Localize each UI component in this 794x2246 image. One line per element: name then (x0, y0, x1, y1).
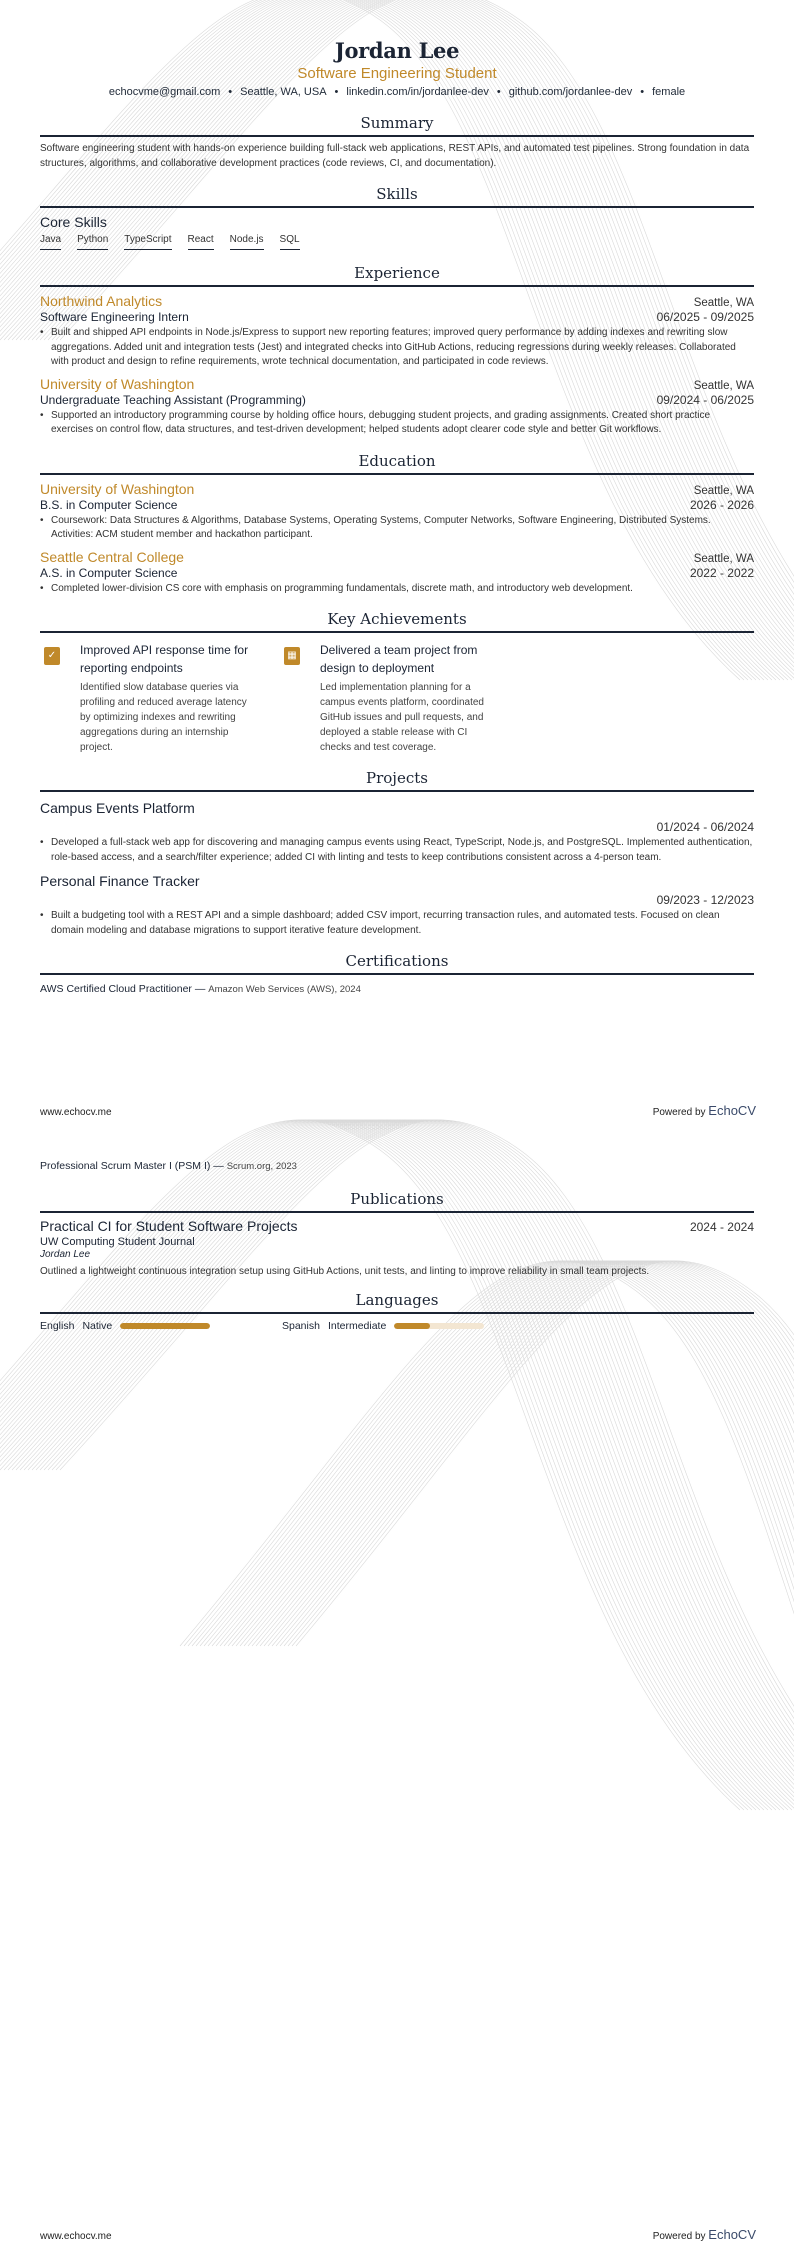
education-dates: 2022 - 2022 (690, 566, 754, 580)
experience-entry: Northwind AnalyticsSeattle, WA Software … (40, 287, 754, 370)
skill-item: Java (40, 234, 61, 250)
education-bullet: Completed lower-division CS core with em… (50, 582, 754, 597)
certification-issuer: Amazon Web Services (AWS), 2024 (208, 984, 361, 995)
certification-issuer: Scrum.org, 2023 (227, 1161, 297, 1172)
job-title: Undergraduate Teaching Assistant (Progra… (40, 393, 306, 407)
education-entry: Seattle Central CollegeSeattle, WA A.S. … (40, 543, 754, 597)
achievement-title: Improved API response time for reporting… (80, 641, 260, 677)
summary-text: Software engineering student with hands-… (40, 141, 754, 171)
powered-by-label: Powered by (653, 2231, 706, 2242)
section-title-publications: Publications (40, 1190, 754, 1213)
employer-location: Seattle, WA (694, 380, 754, 392)
languages-list: English Native Spanish Intermediate (40, 1320, 754, 1332)
degree: B.S. in Computer Science (40, 498, 177, 512)
publication-journal: UW Computing Student Journal (40, 1236, 754, 1248)
skills-group-title: Core Skills (40, 214, 754, 230)
achievements-grid: ✓ Improved API response time for reporti… (40, 641, 754, 755)
resume-page-2: Professional Scrum Master I (PSM I) — Sc… (0, 1124, 794, 2246)
achievement-item: ▦ Delivered a team project from design t… (280, 641, 500, 755)
section-title-projects: Projects (40, 769, 754, 792)
education-entry: University of WashingtonSeattle, WA B.S.… (40, 475, 754, 543)
school-location: Seattle, WA (694, 553, 754, 565)
skill-item: Python (77, 234, 108, 250)
language-proficiency-bar (120, 1323, 210, 1329)
candidate-title: Software Engineering Student (40, 65, 754, 82)
section-title-experience: Experience (40, 264, 754, 287)
project-bullet: Built a budgeting tool with a REST API a… (50, 909, 754, 938)
brand-logo[interactable]: EchoCV (708, 1103, 756, 1118)
brand-logo[interactable]: EchoCV (708, 2227, 756, 2242)
contact-github[interactable]: github.com/jordanlee-dev (509, 86, 633, 98)
footer-website[interactable]: www.echocv.me (40, 2231, 112, 2242)
project-dates: 01/2024 - 06/2024 (40, 820, 754, 834)
achievement-item: ✓ Improved API response time for reporti… (40, 641, 260, 755)
education-bullet: Coursework: Data Structures & Algorithms… (50, 514, 754, 543)
publication-description: Outlined a lightweight continuous integr… (40, 1266, 754, 1277)
contact-gender: female (652, 86, 685, 98)
publication-entry: Practical CI for Student Software Projec… (40, 1218, 754, 1277)
section-title-education: Education (40, 452, 754, 475)
project-entry: Campus Events Platform 01/2024 - 06/2024… (40, 800, 754, 865)
certification-item: AWS Certified Cloud Practitioner — Amazo… (40, 983, 754, 995)
page-footer: www.echocv.me Powered by EchoCV (40, 2227, 756, 2242)
job-dates: 09/2024 - 06/2025 (657, 393, 754, 407)
project-entry: Personal Finance Tracker 09/2023 - 12/20… (40, 873, 754, 938)
project-dates: 09/2023 - 12/2023 (40, 893, 754, 907)
degree: A.S. in Computer Science (40, 566, 177, 580)
education-dates: 2026 - 2026 (690, 498, 754, 512)
resume-page-1: Jordan Lee Software Engineering Student … (0, 0, 794, 1124)
language-item: Spanish Intermediate (282, 1320, 524, 1332)
skill-item: React (188, 234, 214, 250)
achievement-description: Led implementation planning for a campus… (320, 680, 500, 755)
certification-item: Professional Scrum Master I (PSM I) — Sc… (40, 1160, 754, 1172)
achievement-description: Identified slow database queries via pro… (80, 680, 260, 755)
document-check-icon: ✓ (44, 647, 60, 665)
job-bullet: Supported an introductory programming co… (50, 409, 754, 438)
publication-dates: 2024 - 2024 (690, 1220, 754, 1234)
achievement-title: Delivered a team project from design to … (320, 641, 500, 677)
job-title: Software Engineering Intern (40, 310, 189, 324)
school-location: Seattle, WA (694, 485, 754, 497)
contact-location: Seattle, WA, USA (240, 86, 326, 98)
experience-entry: University of WashingtonSeattle, WA Unde… (40, 370, 754, 438)
school-name: Seattle Central College (40, 549, 184, 565)
job-bullet: Built and shipped API endpoints in Node.… (50, 326, 754, 370)
language-name: English (40, 1320, 74, 1332)
project-name: Personal Finance Tracker (40, 873, 754, 889)
section-title-languages: Languages (40, 1291, 754, 1314)
section-title-summary: Summary (40, 114, 754, 137)
school-name: University of Washington (40, 481, 194, 497)
language-level: Native (82, 1320, 112, 1332)
language-level: Intermediate (328, 1320, 386, 1332)
language-proficiency-bar (394, 1323, 484, 1329)
calculator-icon: ▦ (284, 647, 300, 665)
section-title-certifications: Certifications (40, 952, 754, 975)
skill-item: SQL (280, 234, 300, 250)
contact-linkedin[interactable]: linkedin.com/in/jordanlee-dev (346, 86, 488, 98)
candidate-name: Jordan Lee (40, 0, 754, 63)
page-footer: www.echocv.me Powered by EchoCV (40, 1103, 756, 1118)
job-dates: 06/2025 - 09/2025 (657, 310, 754, 324)
language-proficiency-fill (120, 1323, 210, 1329)
footer-website[interactable]: www.echocv.me (40, 1107, 112, 1118)
contact-line: echocvme@gmail.com•Seattle, WA, USA•link… (40, 86, 754, 98)
language-item: English Native (40, 1320, 282, 1332)
employer-name: Northwind Analytics (40, 293, 162, 309)
contact-email[interactable]: echocvme@gmail.com (109, 86, 220, 98)
skill-item: Node.js (230, 234, 264, 250)
employer-location: Seattle, WA (694, 297, 754, 309)
publication-author: Jordan Lee (40, 1249, 754, 1260)
employer-name: University of Washington (40, 376, 194, 392)
section-title-achievements: Key Achievements (40, 610, 754, 633)
powered-by-label: Powered by (653, 1107, 706, 1118)
skills-list: Java Python TypeScript React Node.js SQL (40, 234, 754, 250)
project-bullet: Developed a full-stack web app for disco… (50, 836, 754, 865)
project-name: Campus Events Platform (40, 800, 754, 816)
publication-title: Practical CI for Student Software Projec… (40, 1218, 298, 1234)
language-proficiency-fill (394, 1323, 430, 1329)
skill-item: TypeScript (124, 234, 171, 250)
language-name: Spanish (282, 1320, 320, 1332)
certification-name: Professional Scrum Master I (PSM I) (40, 1160, 210, 1172)
section-title-skills: Skills (40, 185, 754, 208)
certification-name: AWS Certified Cloud Practitioner (40, 983, 192, 995)
